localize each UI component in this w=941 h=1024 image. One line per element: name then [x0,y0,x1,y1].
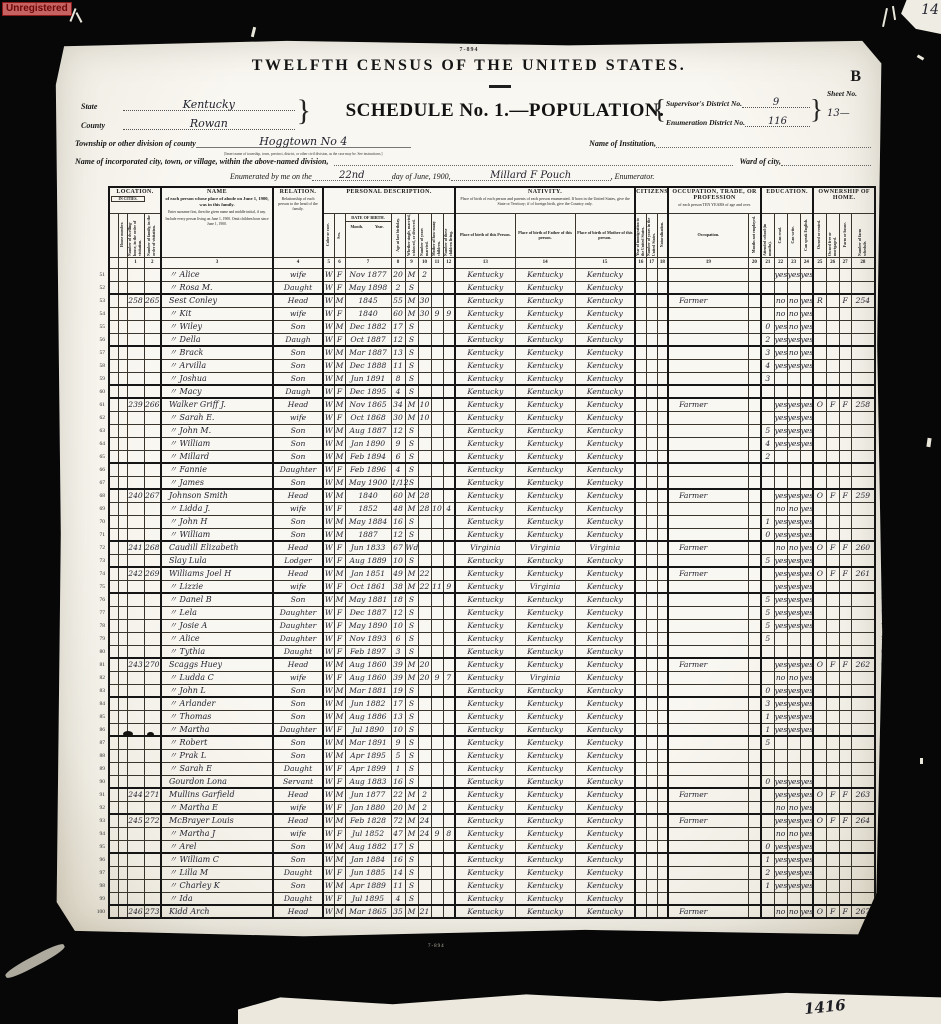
census-cell: F [826,658,839,671]
census-cell [144,892,161,905]
census-cell [118,424,127,437]
census-cell: Kentucky [575,437,635,450]
census-cell: Daughter [273,463,323,476]
census-cell [118,489,127,502]
census-cell: 28 [418,502,431,515]
census-cell: F [334,866,345,879]
census-cell: yes [774,398,787,411]
census-cell: 270 [144,658,161,671]
census-cell [839,593,851,606]
census-cell [144,424,161,437]
census-cell [431,268,443,281]
census-cell: M [405,580,418,593]
census-cell: Kentucky [455,632,515,645]
census-cell: F [334,671,345,684]
census-cell [826,320,839,333]
census-cell: 1 [761,710,774,723]
margin-line-number: 62 [91,412,105,425]
census-cell: W [323,476,334,489]
census-cell [657,320,668,333]
census-cell: Kentucky [515,684,575,697]
census-cell: F [334,580,345,593]
brace: } [810,89,823,129]
census-cell: Kentucky [515,411,575,424]
census-cell [748,801,761,814]
margin-line-number: 77 [881,607,895,620]
census-cell: 〃 Thomas [161,710,273,723]
census-cell: yes [800,879,813,892]
census-cell [443,632,455,645]
census-cell [813,515,826,528]
can-speak-english-column-header: Can speak English. [800,213,813,257]
census-cell [657,697,668,710]
census-cell: S [405,528,418,541]
census-cell: Nov 1893 [345,632,391,645]
census-cell [839,710,851,723]
census-cell: Kentucky [455,424,515,437]
margin-line-number: 65 [91,451,105,464]
census-cell [418,710,431,723]
census-cell [646,567,657,580]
census-cell [826,801,839,814]
census-cell: W [323,866,334,879]
census-cell: W [323,619,334,632]
census-cell: Kentucky [455,710,515,723]
census-cell [826,619,839,632]
census-cell [109,736,118,749]
census-cell: Kentucky [515,801,575,814]
census-cell: W [323,905,334,918]
census-cell: Kentucky [515,307,575,320]
census-cell [144,866,161,879]
census-cell [826,281,839,294]
film-frame-number: 1416 [803,996,846,1018]
census-cell: W [323,606,334,619]
census-row: 〃 RobertSonWMMar 18919SKentuckyKentuckyK… [109,736,875,749]
census-cell: 2 [761,333,774,346]
census-cell [109,788,118,801]
census-cell [418,424,431,437]
census-cell [748,788,761,801]
census-cell [118,476,127,489]
census-cell [668,437,748,450]
census-cell [109,632,118,645]
margin-line-number: 55 [881,321,895,334]
census-cell: W [323,567,334,580]
census-cell [109,749,118,762]
census-cell: W [323,320,334,333]
census-cell: W [323,710,334,723]
census-cell: Kentucky [575,294,635,307]
census-cell: Kentucky [515,606,575,619]
margin-line-number: 91 [881,789,895,802]
census-cell [839,827,851,840]
census-cell: 12 [391,528,405,541]
census-cell [109,294,118,307]
census-cell [443,606,455,619]
census-cell: Kentucky [575,515,635,528]
census-cell: 〃 Alice [161,632,273,645]
census-cell: Kentucky [575,554,635,567]
column-number: 13 [455,257,515,268]
census-cell [635,463,646,476]
census-cell: W [323,827,334,840]
census-cell [813,840,826,853]
census-cell [443,294,455,307]
census-cell: M [334,593,345,606]
census-cell: F [334,463,345,476]
census-cell: F [839,814,851,827]
census-cell [839,528,851,541]
census-cell: Kentucky [575,645,635,658]
census-cell [431,476,443,489]
census-cell [127,840,144,853]
census-cell [443,476,455,489]
census-cell: S [405,437,418,450]
census-cell: Mullins Garfield [161,788,273,801]
column-number: 20 [748,257,761,268]
city-blank-line [334,165,733,166]
census-cell: yes [774,489,787,502]
census-cell: 1840 [345,307,391,320]
census-cell [761,268,774,281]
census-cell: 〃 Lilla M [161,866,273,879]
census-cell [109,437,118,450]
census-cell: W [323,515,334,528]
census-cell [761,307,774,320]
margin-line-number: 61 [881,399,895,412]
census-cell [761,385,774,398]
census-cell [851,580,875,593]
census-cell: Son [273,424,323,437]
census-cell: S [405,450,418,463]
census-cell: no [787,307,800,320]
census-cell: S [405,359,418,372]
census-cell [851,892,875,905]
census-cell: O [813,905,826,918]
margin-line-number: 57 [91,347,105,360]
census-cell: 7 [443,671,455,684]
census-cell: 55 [391,294,405,307]
census-cell: W [323,749,334,762]
census-cell [443,450,455,463]
census-row: 〃 ArelSonWMAug 188217SKentuckyKentuckyKe… [109,840,875,853]
census-cell [118,658,127,671]
census-cell: 〃 James [161,476,273,489]
census-cell: yes [774,853,787,866]
census-cell: Kentucky [455,658,515,671]
census-cell: W [323,437,334,450]
census-cell [657,281,668,294]
census-cell: 〃 Sarah E [161,762,273,775]
census-cell: 34 [391,398,405,411]
census-cell [443,775,455,788]
census-cell: Kentucky [455,463,515,476]
margin-line-number: 76 [91,594,105,607]
census-cell [118,697,127,710]
census-cell: W [323,879,334,892]
census-cell [813,385,826,398]
census-cell [839,879,851,892]
census-cell [418,606,431,619]
census-cell: Jul 1890 [345,723,391,736]
census-cell: yes [774,424,787,437]
census-cell [127,762,144,775]
census-cell: no [774,905,787,918]
census-cell [418,840,431,853]
census-cell [646,320,657,333]
census-cell [646,736,657,749]
census-cell: 5 [761,606,774,619]
census-cell: Daught [273,892,323,905]
census-cell [748,658,761,671]
census-cell: yes [800,606,813,619]
census-cell [431,632,443,645]
census-cell: Farmer [668,814,748,827]
census-cell [109,307,118,320]
census-cell: W [323,359,334,372]
census-row: 〃 Ludda CwifeWFAug 186039M2097KentuckyVi… [109,671,875,684]
column-number: 3 [161,257,273,268]
personal-description-group-header: PERSONAL DESCRIPTION. [323,187,455,213]
census-cell [431,385,443,398]
census-cell [144,554,161,567]
census-cell: yes [787,606,800,619]
margin-line-number: 52 [91,282,105,295]
census-cell: 60 [391,489,405,502]
column-number: 10 [418,257,431,268]
census-cell [668,827,748,840]
census-cell: 13 [391,346,405,359]
census-cell [646,801,657,814]
column-number: 14 [515,257,575,268]
census-cell: yes [800,307,813,320]
census-cell: yes [787,684,800,697]
census-cell [800,749,813,762]
months-not-employed-column-header: Months not employed. [748,213,761,257]
census-cell: O [813,788,826,801]
census-cell [826,749,839,762]
census-cell: Slay Lula [161,554,273,567]
census-cell [813,554,826,567]
census-cell: Daught [273,645,323,658]
census-cell: 35 [391,905,405,918]
census-cell [761,762,774,775]
census-cell [851,424,875,437]
census-cell: Kentucky [575,853,635,866]
census-cell [144,606,161,619]
margin-line-number: 89 [881,763,895,776]
margin-line-number: 95 [881,841,895,854]
census-cell [657,905,668,918]
census-cell: F [334,645,345,658]
margin-line-number: 99 [91,893,105,906]
census-row: 〃 John M.SonWMAug 188712SKentuckyKentuck… [109,424,875,437]
census-cell: 〃 Arvilla [161,359,273,372]
census-cell [443,398,455,411]
census-cell [748,827,761,840]
census-cell: Nov 1877 [345,268,391,281]
census-cell [748,437,761,450]
census-cell: no [774,541,787,554]
census-cell: Kentucky [515,658,575,671]
census-cell: 242 [127,567,144,580]
census-cell: Kentucky [515,437,575,450]
column-number: 23 [787,257,800,268]
census-cell: Kentucky [455,307,515,320]
film-scratch [892,6,896,20]
census-cell: M [334,905,345,918]
census-row: 243270Scaggs HueyHeadWMAug 186039M20Kent… [109,658,875,671]
census-cell: 〃 Tythia [161,645,273,658]
census-cell: 4 [761,437,774,450]
census-cell: Kentucky [455,346,515,359]
census-cell [657,463,668,476]
census-cell: Oct 1861 [345,580,391,593]
page-number-note: 14 [921,2,939,18]
census-cell [431,450,443,463]
census-row: 〃 William CSonWMJan 188416SKentuckyKentu… [109,853,875,866]
enumerated-prefix: Enumerated by me on the [230,172,312,181]
census-cell: Kentucky [575,788,635,801]
census-cell [748,866,761,879]
census-cell [668,580,748,593]
census-cell: Kentucky [515,879,575,892]
census-cell: yes [774,567,787,580]
census-cell [646,697,657,710]
census-cell: yes [787,619,800,632]
census-cell: 〃 Prak L [161,749,273,762]
census-cell: 1 [761,853,774,866]
census-cell [813,359,826,372]
census-cell [635,645,646,658]
census-cell [761,489,774,502]
census-cell: W [323,723,334,736]
census-cell: 10 [418,411,431,424]
census-cell: 9 [431,671,443,684]
census-cell [851,281,875,294]
census-cell: 3 [391,645,405,658]
census-cell [635,697,646,710]
margin-line-number: 66 [91,464,105,477]
census-cell [118,333,127,346]
census-cell: no [787,502,800,515]
census-cell: 30 [418,307,431,320]
census-cell: yes [787,515,800,528]
census-cell [418,437,431,450]
township-label: Township or other division of county [75,139,196,148]
margin-line-number: 73 [881,555,895,568]
census-cell: F [826,788,839,801]
census-cell: W [323,541,334,554]
census-cell: F [334,281,345,294]
census-cell [109,502,118,515]
census-cell: 2 [761,866,774,879]
census-cell: 16 [391,515,405,528]
census-cell [813,463,826,476]
census-cell: O [813,567,826,580]
census-cell: yes [774,580,787,593]
census-cell [109,684,118,697]
census-cell: Kentucky [515,645,575,658]
census-cell [748,567,761,580]
margin-line-number: 79 [881,633,895,646]
census-cell: 〃 Robert [161,736,273,749]
census-cell: F [839,489,851,502]
city-label: Name of incorporated city, town, or vill… [75,157,328,166]
census-cell [127,515,144,528]
census-cell: Kentucky [515,632,575,645]
census-cell: Sest Conley [161,294,273,307]
census-cell: 16 [391,853,405,866]
census-cell: F [839,294,851,307]
census-cell: F [334,723,345,736]
census-cell [431,710,443,723]
census-cell [657,476,668,489]
census-cell [443,541,455,554]
census-cell: S [405,840,418,853]
census-cell [635,801,646,814]
census-cell: Kentucky [455,437,515,450]
ink-blot [123,731,133,737]
census-cell: W [323,463,334,476]
census-cell: Mar 1865 [345,905,391,918]
census-cell: R [813,294,826,307]
census-cell [839,580,851,593]
census-cell [851,606,875,619]
census-cell: 17 [391,840,405,853]
census-cell [635,502,646,515]
census-cell: Kentucky [575,372,635,385]
census-cell [646,359,657,372]
census-cell: 258 [851,398,875,411]
census-cell: yes [774,333,787,346]
census-cell: yes [800,593,813,606]
margin-line-number: 78 [91,620,105,633]
census-cell [443,684,455,697]
census-cell: May 1900 [345,476,391,489]
census-cell: Dec 1887 [345,606,391,619]
census-cell: 〃 Arlander [161,697,273,710]
census-cell: Farmer [668,294,748,307]
census-cell [431,398,443,411]
census-cell [109,463,118,476]
margin-line-number: 53 [91,295,105,308]
census-cell [851,866,875,879]
census-cell [826,554,839,567]
census-cell [761,788,774,801]
census-cell: 273 [144,905,161,918]
census-cell: Kentucky [575,697,635,710]
census-cell: 263 [851,788,875,801]
census-row: 〃 WilliamSonWMJan 18909SKentuckyKentucky… [109,437,875,450]
census-cell [748,554,761,567]
census-cell: May 1890 [345,619,391,632]
census-cell: Virginia [455,541,515,554]
census-cell: yes [800,580,813,593]
census-cell [839,866,851,879]
census-cell: M [405,801,418,814]
census-cell [431,645,443,658]
census-cell [787,281,800,294]
census-cell [431,723,443,736]
census-cell: 30 [418,294,431,307]
census-cell [761,658,774,671]
census-cell: Kentucky [575,658,635,671]
nativity-group-header: NATIVITY. Place of birth of each person … [455,187,635,213]
census-cell: Farmer [668,489,748,502]
census-cell: M [334,424,345,437]
